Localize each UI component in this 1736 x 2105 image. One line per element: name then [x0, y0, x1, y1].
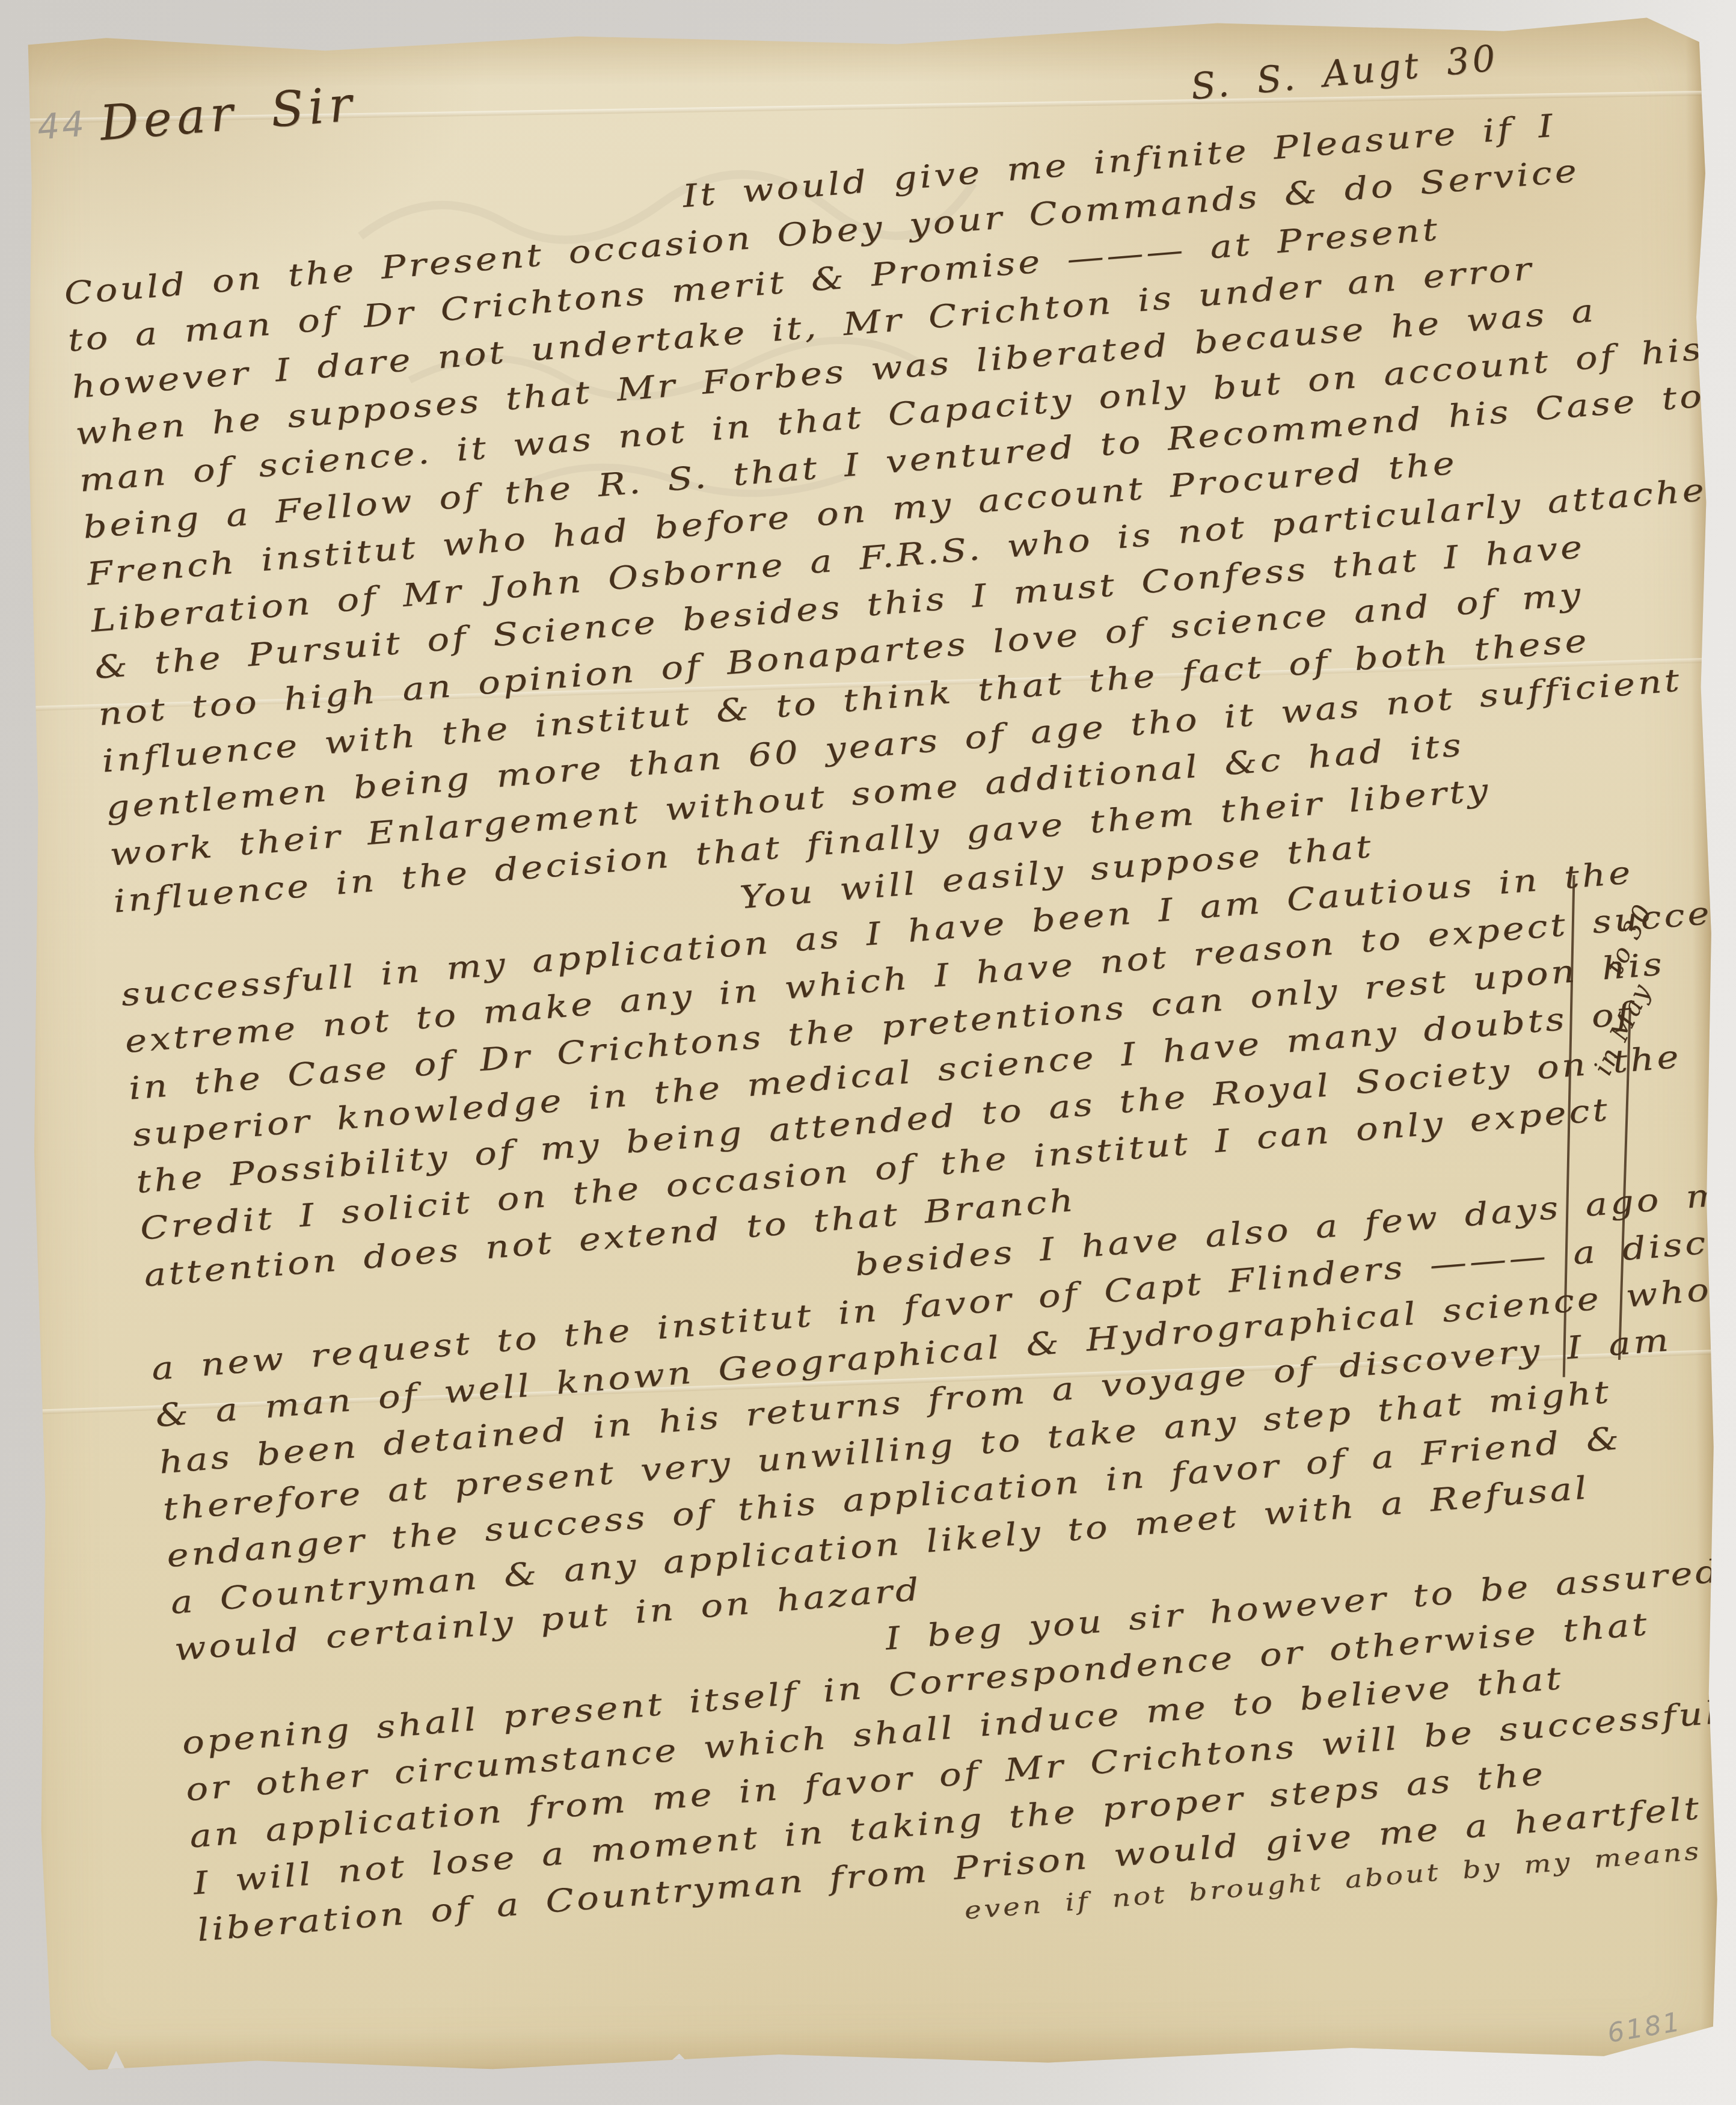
paper-tear-notch — [103, 2051, 129, 2079]
margin-note: in May to 30 — [1514, 869, 1735, 1388]
margin-note-line: to 30 — [1600, 899, 1658, 979]
salutation: Dear Sir — [98, 76, 358, 152]
paper-tear-notch — [656, 2053, 698, 2074]
catalog-mark-pencil: 6181 — [1606, 2006, 1684, 2049]
bottom-edge-stain — [38, 2021, 1722, 2077]
letter-body: It would give me infinite Pleasure if IC… — [58, 93, 1736, 1993]
scan-background: 44 Dear Sir S. S. Augt 30 It would give … — [0, 0, 1736, 2105]
margin-note-line: in May — [1587, 978, 1657, 1080]
letter-sheet: 44 Dear Sir S. S. Augt 30 It would give … — [22, 9, 1722, 2077]
archive-number-pencil: 44 — [35, 103, 88, 147]
dateline: S. S. Augt 30 — [1189, 37, 1500, 108]
